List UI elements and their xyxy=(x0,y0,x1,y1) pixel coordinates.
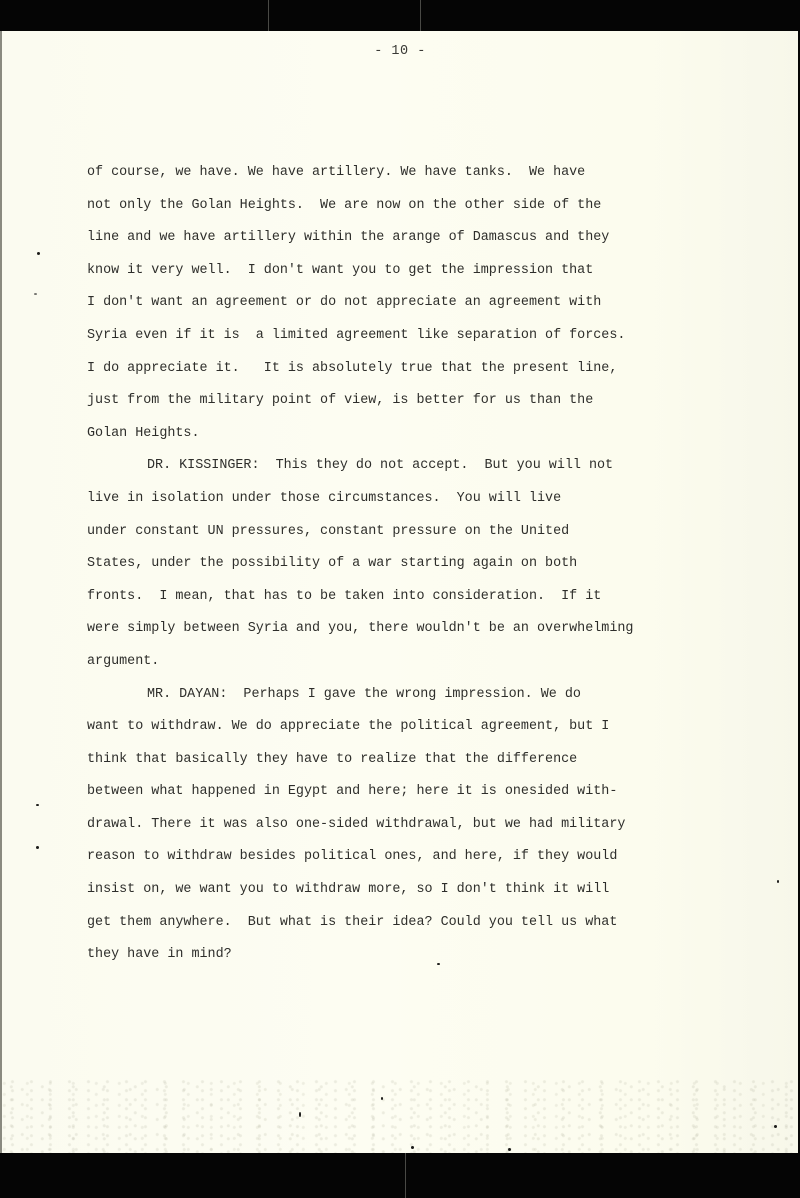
text-line: of course, we have. We have artillery. W… xyxy=(87,163,777,196)
text-line: not only the Golan Heights. We are now o… xyxy=(87,196,777,229)
text-line: Syria even if it is a limited agreement … xyxy=(87,326,777,359)
text-line: were simply between Syria and you, there… xyxy=(87,619,777,652)
text-line: line and we have artillery within the ar… xyxy=(87,228,777,261)
margin-speck xyxy=(36,804,39,806)
scan-scratch xyxy=(268,0,269,31)
text-line: know it very well. I don't want you to g… xyxy=(87,261,777,294)
text-line: just from the military point of view, is… xyxy=(87,391,777,424)
text-line: under constant UN pressures, constant pr… xyxy=(87,522,777,555)
margin-speck xyxy=(36,846,39,849)
text-line: drawal. There it was also one-sided with… xyxy=(87,815,777,848)
speaker-paragraph-dayan: MR. DAYAN: Perhaps I gave the wrong impr… xyxy=(87,685,777,718)
page-number: - 10 - xyxy=(0,44,800,59)
page-speck xyxy=(381,1097,383,1100)
text-line: get them anywhere. But what is their ide… xyxy=(87,913,777,946)
text-line: live in isolation under those circumstan… xyxy=(87,489,777,522)
text-line: they have in mind? xyxy=(87,945,777,978)
text-line: Golan Heights. xyxy=(87,424,777,457)
page-speck xyxy=(411,1146,414,1149)
text-line: fronts. I mean, that has to be taken int… xyxy=(87,587,777,620)
scanned-document: - 10 - of course, we have. We have artil… xyxy=(0,0,800,1198)
text-line: I do appreciate it. It is absolutely tru… xyxy=(87,359,777,392)
scan-scratch xyxy=(405,1153,406,1198)
page-speck xyxy=(777,880,779,883)
text-line: want to withdraw. We do appreciate the p… xyxy=(87,717,777,750)
text-line: States, under the possibility of a war s… xyxy=(87,554,777,587)
page-speck xyxy=(299,1112,301,1117)
margin-speck xyxy=(34,293,37,295)
page-speck xyxy=(508,1148,511,1151)
text-line: I don't want an agreement or do not appr… xyxy=(87,293,777,326)
page-speck xyxy=(774,1125,777,1128)
text-line: reason to withdraw besides political one… xyxy=(87,847,777,880)
scan-scratch xyxy=(420,0,421,31)
text-line: think that basically they have to realiz… xyxy=(87,750,777,783)
text-line: insist on, we want you to withdraw more,… xyxy=(87,880,777,913)
text-line: between what happened in Egypt and here;… xyxy=(87,782,777,815)
transcript-body: of course, we have. We have artillery. W… xyxy=(87,163,777,978)
page-speck xyxy=(437,963,440,965)
speaker-paragraph-kissinger: DR. KISSINGER: This they do not accept. … xyxy=(87,456,777,489)
margin-speck xyxy=(37,252,40,255)
text-line: argument. xyxy=(87,652,777,685)
scan-noise xyxy=(2,1079,798,1153)
